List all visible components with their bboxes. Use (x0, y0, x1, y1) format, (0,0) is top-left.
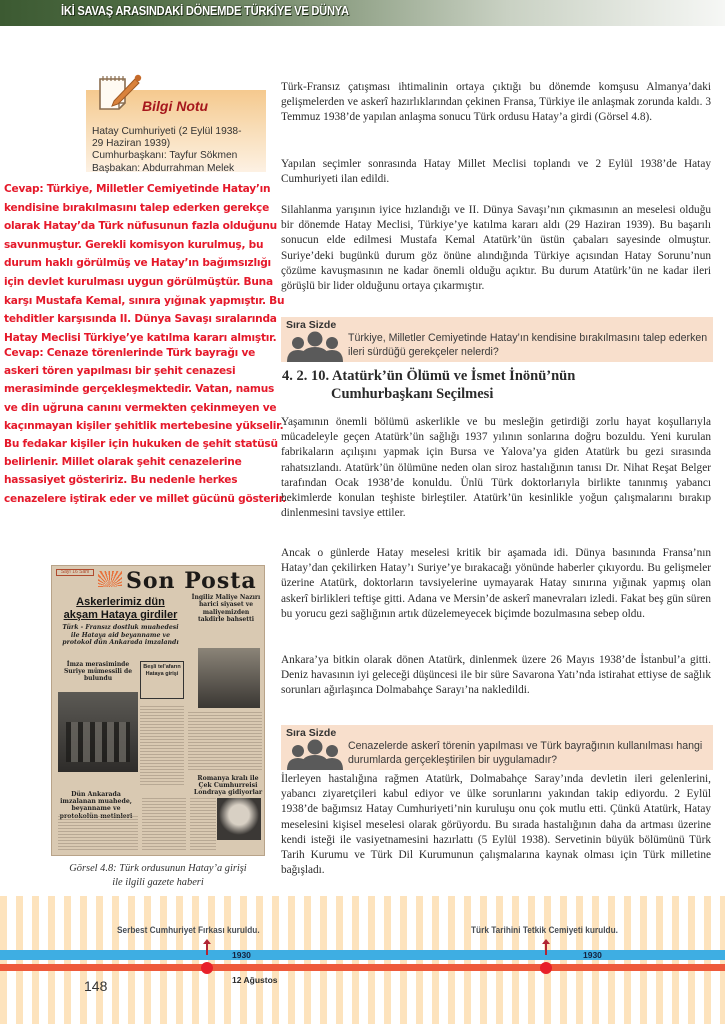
caption-line: ile ilgili gazete haberi (51, 876, 265, 890)
newspaper-photo-portrait (217, 798, 261, 840)
figure-caption: Görsel 4.8: Türk ordusunun Hatay’a giriş… (51, 862, 265, 889)
newspaper-image: Sayı 16 Sahi Son Posta Askerlerimiz dün … (51, 565, 265, 856)
timeline-year: 1930 (583, 950, 602, 960)
newspaper-text-column (140, 706, 184, 786)
timeline: Serbest Cumhuriyet Fırkası kuruldu. 1930… (0, 896, 725, 1024)
timeline-year-bar (0, 950, 725, 960)
info-note-line: Cumhurbaşkanı: Tayfur Sökmen (92, 150, 264, 162)
info-note-line: Başbakan: Abdurrahman Melek (92, 163, 264, 175)
newspaper-photo-people (198, 648, 260, 708)
newspaper-mid-box: Beşli tel'afarın Hataya girişi (140, 661, 184, 699)
info-note-content: Hatay Cumhuriyeti (2 Eylül 1938- 29 Hazi… (92, 126, 264, 175)
newspaper-text-column (188, 712, 262, 770)
newspaper-headline: Askerlerimiz dün akşam Hataya girdiler (58, 596, 183, 622)
your-turn-question: Türkiye, Milletler Cemiyetinde Hatay’ın … (348, 331, 708, 359)
info-note-line: 29 Haziran 1939) (92, 138, 264, 150)
newspaper-right-bottom-headline: Romanya kralı ile Çek Cumhurreisi Londra… (192, 775, 264, 797)
chapter-header-band: İKİ SAVAŞ ARASINDAKİ DÖNEMDE TÜRKİYE VE … (0, 0, 725, 26)
newspaper-issue-label: Sayı 16 Sahi (56, 569, 94, 576)
body-paragraph: Türk-Fransız çatışması ihtimalinin ortay… (281, 80, 711, 126)
arrow-up-icon (206, 943, 208, 955)
section-heading-line1: 4. 2. 10. Atatürk’ün Ölümü ve İsmet İnön… (282, 368, 575, 384)
newspaper-right-headline: İngiliz Maliye Nazırı harici siyaset ve … (190, 594, 262, 624)
section-heading-line2: Cumhurbaşkanı Seçilmesi (282, 385, 575, 403)
newspaper-photo-soldiers (58, 692, 138, 772)
body-paragraph: Ankara’ya bitkin olarak dönen Atatürk, d… (281, 653, 711, 699)
arrow-up-icon (545, 943, 547, 955)
body-paragraph: İlerleyen hastalığına rağmen Atatürk, Do… (281, 772, 711, 878)
body-paragraph: Silahlanma yarışının iyice hızlandığı ve… (281, 203, 711, 294)
newspaper-text-column (190, 798, 216, 852)
chapter-title: İKİ SAVAŞ ARASINDAKİ DÖNEMDE TÜRKİYE VE … (61, 3, 349, 18)
timeline-date-bar (0, 964, 725, 971)
info-note-line: Hatay Cumhuriyeti (2 Eylül 1938- (92, 126, 264, 138)
timeline-marker-dot[interactable] (201, 962, 213, 974)
your-turn-box-1: Sıra Sizde Türkiye, Milletler Cemiyetind… (281, 317, 713, 362)
info-note-title: Bilgi Notu (142, 98, 208, 114)
body-paragraph: Yaşamının önemli bölümü askerlikle ve bu… (281, 415, 711, 521)
timeline-event-label: Serbest Cumhuriyet Fırkası kuruldu. (117, 925, 260, 935)
timeline-event-label: Türk Tarihini Tetkik Cemiyeti kuruldu. (471, 925, 618, 935)
timeline-year: 1930 (232, 950, 251, 960)
notepad-pen-icon (97, 73, 147, 113)
newspaper-subheadline-2: İmza merasiminde Suriye mümessili de bul… (58, 661, 138, 682)
caption-line: Görsel 4.8: Türk ordusunun Hatay’a giriş… (51, 862, 265, 876)
people-group-icon (285, 738, 347, 770)
timeline-date: 12 Ağustos (232, 975, 278, 985)
answer-text-funeral: Cevap: Cenaze törenlerinde Türk bayrağı … (4, 344, 289, 508)
newspaper-text-column (142, 798, 186, 852)
your-turn-question: Cenazelerde askerî törenin yapılması ve … (348, 739, 708, 767)
newspaper-subheadline: Türk - Fransız dostluk muahedesi ile Hat… (58, 624, 183, 647)
page-number: 148 (84, 978, 107, 994)
your-turn-box-2: Sıra Sizde Cenazelerde askerî törenin ya… (281, 725, 713, 770)
newspaper-masthead: Son Posta (126, 568, 257, 594)
body-paragraph: Yapılan seçimler sonrasında Hatay Millet… (281, 157, 711, 187)
body-paragraph: Ancak o günlerde Hatay meselesi kritik b… (281, 546, 711, 622)
answer-text-hatay: Cevap: Türkiye, Milletler Cemiyetinde Ha… (4, 180, 289, 347)
newspaper-text-column (58, 816, 138, 852)
timeline-marker-dot[interactable] (540, 962, 552, 974)
section-heading: 4. 2. 10. Atatürk’ün Ölümü ve İsmet İnön… (282, 367, 575, 403)
people-group-icon (285, 330, 347, 362)
sunburst-logo-icon (98, 571, 122, 587)
